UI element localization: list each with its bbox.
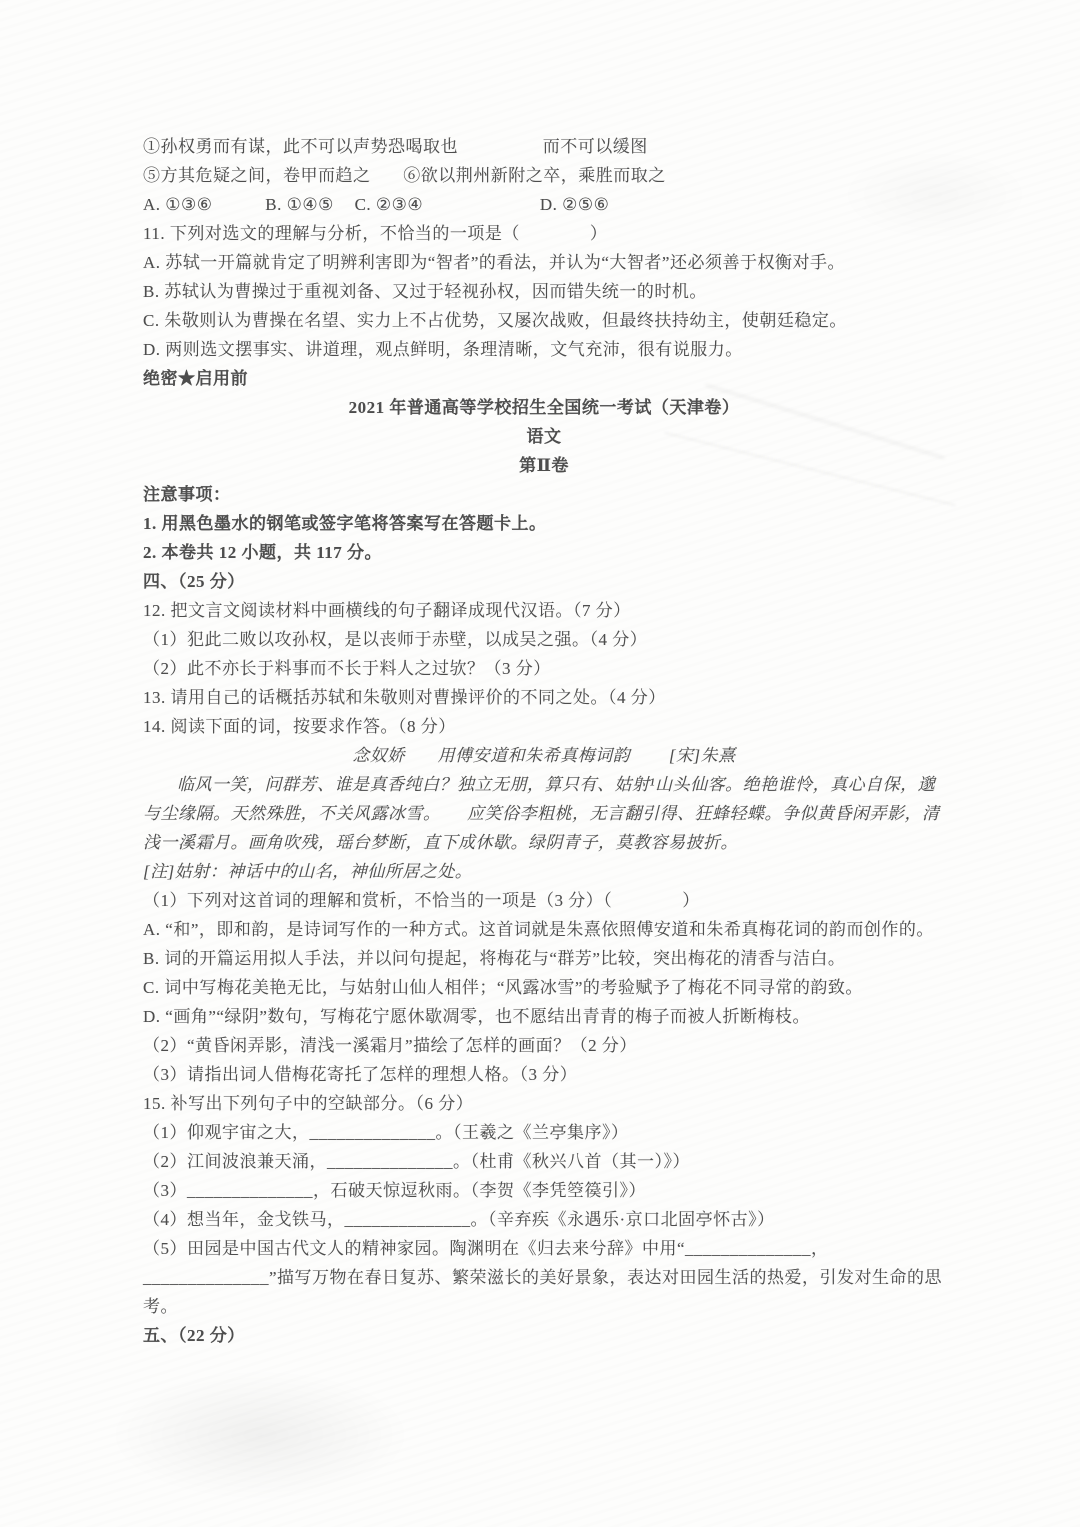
poem-title-line: 念奴娇 用傅安道和朱希真梅词韵 [宋]朱熹 [143,741,945,770]
question-11-option-c: C. 朱敬则认为曹操在名望、实力上不占优势，又屡次战败，但最终扶持幼主，使朝廷稳… [143,306,945,335]
question-14-1-option-d: D. “画角”“绿阴”数句，写梅花宁愿休歇凋零，也不愿结出青青的梅子而被人折断梅… [143,1002,945,1031]
excerpt-sentence-6: ⑥欲以荆州新附之卒，乘胜而取之 [403,166,666,185]
question-14-2-stem: （2）“黄昏闲弄影，清浅一溪霜月”描绘了怎样的画面？（2 分） [143,1031,945,1060]
excerpt-sentence-5: ⑤方其危疑之间，卷甲而趋之 [143,166,371,185]
choice-row-q10: A. ①③⑥ B. ①④⑤ C. ②③④ D. ②⑤⑥ [143,190,945,219]
question-12-item-1: （1）犯此二败以攻孙权，是以丧师于赤壁，以成吴之强。（4 分） [143,625,945,654]
question-14-stem: 14. 阅读下面的词，按要求作答。（8 分） [143,712,945,741]
choice-c: C. ②③④ [355,195,424,214]
scan-artifact [110,1370,410,1500]
question-14-1-stem: （1）下列对这首词的理解和赏析，不恰当的一项是（3 分）（ ） [143,886,945,915]
choice-b: B. ①④⑤ [265,195,334,214]
question-11-option-b: B. 苏轼认为曹操过于重视刘备、又过于轻视孙权，因而错失统一的时机。 [143,277,945,306]
question-15-item-3: （3）______________，石破天惊逗秋雨。（李贺《李凭箜篌引》） [143,1176,945,1205]
excerpt-line-2: ⑤方其危疑之间，卷甲而趋之 ⑥欲以荆州新附之卒，乘胜而取之 [143,161,945,190]
question-11-option-d: D. 两则选文摆事实、讲道理，观点鲜明，条理清晰，文气充沛，很有说服力。 [143,335,945,364]
question-14-3-stem: （3）请指出词人借梅花寄托了怎样的理想人格。（3 分） [143,1060,945,1089]
poem-body: 临风一笑，问群芳、谁是真香纯白？独立无朋，算只有、姑射¹山头仙客。绝艳谁怜，真心… [143,770,945,857]
question-14-1-option-a: A. “和”，即和韵，是诗词写作的一种方式。这首词就是朱熹依照傅安道和朱希真梅花… [143,915,945,944]
paper-title: 2021 年普通高等学校招生全国统一考试（天津卷） [143,393,945,422]
question-14-1-option-c: C. 词中写梅花美艳无比，与姑射山仙人相伴；“风露冰雪”的考验赋予了梅花不同寻常… [143,973,945,1002]
excerpt-sentence-1b: 而不可以缓图 [543,137,648,156]
notice-heading: 注意事项： [143,480,945,509]
notice-item-2: 2. 本卷共 12 小题，共 117 分。 [143,538,945,567]
subject-title: 语文 [143,422,945,451]
section-five-heading: 五、（22 分） [143,1321,945,1350]
volume-label: 第Ⅱ卷 [143,451,945,480]
poem-tune-name: 念奴娇 [352,746,405,765]
question-12-item-2: （2）此不亦长于料事而不长于料人之过欤？（3 分） [143,654,945,683]
choice-a: A. ①③⑥ [143,195,213,214]
question-15-item-5: （5）田园是中国古代文人的精神家园。陶渊明在《归去来兮辞》中用“________… [143,1234,945,1321]
question-12-stem: 12. 把文言文阅读材料中画横线的句子翻译成现代汉语。（7 分） [143,596,945,625]
question-15-item-2: （2）江间波浪兼天涌，______________。（杜甫《秋兴八首（其一）》） [143,1147,945,1176]
question-13-stem: 13. 请用自己的话概括苏轼和朱敬则对曹操评价的不同之处。（4 分） [143,683,945,712]
section-four-heading: 四、（25 分） [143,567,945,596]
notice-item-1: 1. 用黑色墨水的钢笔或签字笔将答案写在答题卡上。 [143,509,945,538]
excerpt-sentence-1: ①孙权勇而有谋，此不可以声势恐喝取也 [143,137,458,156]
question-11-stem: 11. 下列对选文的理解与分析，不恰当的一项是（ ） [143,219,945,248]
question-14-1-option-b: B. 词的开篇运用拟人手法，并以问句提起，将梅花与“群芳”比较，突出梅花的清香与… [143,944,945,973]
poem-footnote: [注]姑射：神话中的山名，神仙所居之处。 [143,857,945,886]
question-11-option-a: A. 苏轼一开篇就肯定了明辨利害即为“智者”的看法，并认为“大智者”还必须善于权… [143,248,945,277]
secrecy-label: 绝密★启用前 [143,364,945,393]
question-15-stem: 15. 补写出下列句子中的空缺部分。（6 分） [143,1089,945,1118]
poem-subtitle: 用傅安道和朱希真梅词韵 [438,746,631,765]
exam-paper-page: ①孙权勇而有谋，此不可以声势恐喝取也 而不可以缓图 ⑤方其危疑之间，卷甲而趋之 … [0,0,1080,1527]
poem-author: [宋]朱熹 [669,746,736,765]
question-15-item-1: （1）仰观宇宙之大，______________。（王羲之《兰亭集序》） [143,1118,945,1147]
exam-content: ①孙权勇而有谋，此不可以声势恐喝取也 而不可以缓图 ⑤方其危疑之间，卷甲而趋之 … [143,132,945,1350]
choice-d: D. ②⑤⑥ [540,195,610,214]
excerpt-line-1: ①孙权勇而有谋，此不可以声势恐喝取也 而不可以缓图 [143,132,945,161]
question-15-item-4: （4）想当年，金戈铁马，______________。（辛弃疾《永遇乐·京口北固… [143,1205,945,1234]
